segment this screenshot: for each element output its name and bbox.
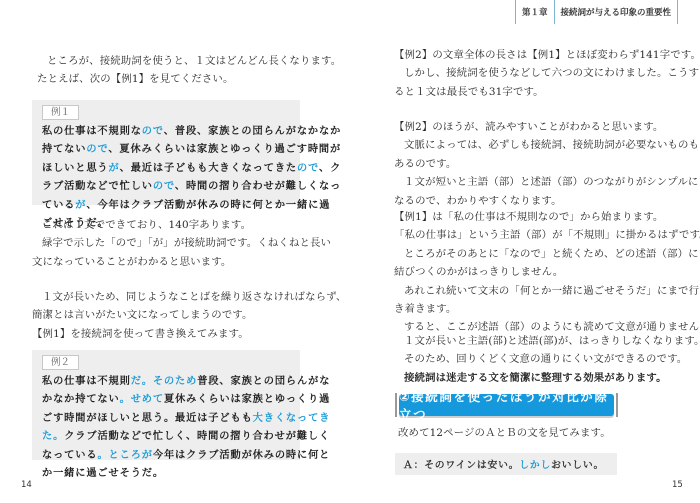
- text-line: 「私の仕事は」という主語（部）が「不規則」に掛かるはずです。: [394, 226, 700, 244]
- sample-a-box: Ａ：そのワインは安い。 しかし おいしい。: [395, 453, 617, 475]
- example-text: 私の仕事は不規則な: [42, 126, 142, 137]
- intro-paragraph: ところが、接続助詞を使うと、１文はどんどん長くなります。 たとえば、次の【例1】…: [37, 52, 341, 89]
- left-page: ところが、接続助詞を使うと、１文はどんどん長くなります。 たとえば、次の【例1】…: [0, 0, 350, 503]
- text-line: あるのです。: [394, 155, 699, 173]
- section-heading-banner: ②接続詞を使ったほうが対比が際立つ: [395, 393, 618, 417]
- text-line: 改めて12ページのＡとＢの文を見てみます。: [398, 424, 611, 442]
- body2-paragraph: １文が長いため、同じようなことばを繰り返さなければならず、 簡潔とは言いがたい文…: [32, 288, 346, 343]
- example-line: ているが、今年はクラブ活動が休みの時に何とか一緒に過: [42, 197, 290, 216]
- text-line: 【例2】の文章全体の長さは【例1】とほぼ変わらず141字です。: [394, 46, 700, 64]
- example-text: 今年はクラブ活動が休みの時に何と: [153, 450, 330, 461]
- chapter-label: 第１章: [515, 0, 554, 24]
- sample-a-connector: しかし: [519, 457, 551, 471]
- highlighted-connector: だ。そのため: [131, 376, 198, 387]
- example1-box: 例１ 私の仕事は不規則なので、普段、家族との団らんがなかなか持てないので、夏休み…: [32, 100, 300, 205]
- example2-text: 私の仕事は不規則だ。そのため普段、家族との団らんがなかなか持てない。せめて夏休み…: [42, 373, 290, 484]
- highlighted-connector: 。せめて: [120, 394, 164, 405]
- highlighted-connector: が: [109, 163, 120, 174]
- example-line: 私の仕事は不規則なので、普段、家族との団らんがなかなか: [42, 123, 290, 142]
- highlighted-connector: ので: [297, 163, 319, 174]
- example-text: ごす時間がほしいと思う。最近は子どもも: [42, 413, 253, 424]
- section-heading: ②接続詞を使ったほうが対比が際立つ: [399, 394, 614, 416]
- example-text: ラブ活動などで忙しい: [42, 181, 153, 192]
- highlighted-connector: ので: [142, 126, 164, 137]
- example-line: ラブ活動などで忙しいので、時間の摺り合わせが難しくなっ: [42, 178, 290, 197]
- text-line: １文が長いため、同じようなことばを繰り返さなければならず、: [32, 288, 346, 306]
- block4-paragraph: １文が長いと主語(部)と述語(部)が、はっきりしなくなります。 そのため、回りく…: [394, 332, 700, 387]
- highlighted-connector: 大きくなってき: [253, 413, 331, 424]
- example-line: なっている。ところが今年はクラブ活動が休みの時に何と: [42, 447, 290, 466]
- example-line: ごす時間がほしいと思う。最近は子どもも大きくなってき: [42, 410, 290, 429]
- example-line: ほしいと思うが、最近は子どもも大きくなってきたので、ク: [42, 160, 290, 179]
- block5-paragraph: 改めて12ページのＡとＢの文を見てみます。: [398, 424, 611, 442]
- example-text: 、ク: [319, 163, 341, 174]
- text-line: 簡潔とは言いがたい文になってしまうのです。: [32, 306, 346, 324]
- example-text: 、時間の摺り合わせが難しくなっ: [175, 181, 341, 192]
- example-text: ほしいと思う: [42, 163, 109, 174]
- block3-paragraph: 【例1】は「私の仕事は不規則なので」から始まります。 「私の仕事は」という主語（…: [394, 208, 700, 337]
- text-line: 接続詞は迷走する文を簡潔に整理する効果があります。: [394, 369, 700, 387]
- text-line: 【例1】を接続詞を使って書き換えてみます。: [32, 325, 346, 343]
- chapter-title: 接続詞が与える印象の重要性: [554, 0, 679, 24]
- example-text: か一緒に過ごせそうだ。: [42, 468, 164, 479]
- running-header: 第１章 接続詞が与える印象の重要性: [515, 0, 678, 24]
- example-line: た。クラブ活動などで忙しく、時間の摺り合わせが難しく: [42, 428, 290, 447]
- example1-label: 例１: [42, 105, 79, 120]
- example2-box: 例２ 私の仕事は不規則だ。そのため普段、家族との団らんがなかなか持てない。せめて…: [32, 350, 300, 460]
- example-text: 持てない: [42, 144, 86, 155]
- page-number-right: 15: [672, 480, 683, 490]
- example-line: かなか持てない。せめて夏休みくらいは家族とゆっくり過: [42, 391, 290, 410]
- example-text: 私の仕事は不規則: [42, 376, 131, 387]
- example2-label: 例２: [42, 355, 79, 370]
- text-line: き着きます。: [394, 300, 700, 318]
- text-line: そのため、回りくどく文意の通りにくい文ができるのです。: [394, 350, 700, 368]
- text-line: 結びつくのかがはっきりしません。: [394, 263, 700, 281]
- highlighted-connector: ので: [153, 181, 175, 192]
- highlighted-connector: が: [75, 200, 86, 211]
- text-line: 【例1】は「私の仕事は不規則なので」から始まります。: [394, 208, 700, 226]
- example-line: 持てないので、夏休みくらいは家族とゆっくり過ごす時間が: [42, 141, 290, 160]
- example-line: 私の仕事は不規則だ。そのため普段、家族との団らんがな: [42, 373, 290, 392]
- text-line: ところがそのあとに「なので」と続くため、どの述語（部）に: [394, 245, 700, 263]
- example-text: 、今年はクラブ活動が休みの時に何とか一緒に過: [86, 200, 330, 211]
- text-line: 【例2】のほうが、読みやすいことがわかると思います。: [394, 118, 699, 136]
- page-number-left: 14: [21, 480, 32, 490]
- example-text: 、最近は子どもも大きくなってきた: [120, 163, 297, 174]
- body1-paragraph: これは１文でできており、140字あります。 緑字で示した「ので」「が」が接続助詞…: [32, 216, 331, 271]
- example-text: 普段、家族との団らんがな: [197, 376, 330, 387]
- example-text: なっている: [42, 450, 97, 461]
- text-line: しかし、接続詞を使うなどして六つの文にわけました。こうす: [394, 64, 700, 82]
- text-line: たとえば、次の【例1】を見てください。: [37, 70, 341, 88]
- right-page: 第１章 接続詞が与える印象の重要性 【例2】の文章全体の長さは【例1】とほぼ変わ…: [350, 0, 700, 503]
- text-line: これは１文でできており、140字あります。: [32, 216, 331, 234]
- text-line: ると１文は最長でも31字です。: [394, 83, 700, 101]
- example-text: かなか持てない: [42, 394, 120, 405]
- example-line: か一緒に過ごせそうだ。: [42, 465, 290, 484]
- highlighted-connector: ので: [86, 144, 108, 155]
- example-text: 夏休みくらいは家族とゆっくり過: [164, 394, 330, 405]
- example-text: ている: [42, 200, 75, 211]
- text-line: 文になっていることがわかると思います。: [32, 253, 331, 271]
- sample-a-suffix: おいしい。: [551, 457, 604, 471]
- example-text: 、夏休みくらいは家族とゆっくり過ごす時間が: [108, 144, 341, 155]
- example-text: クラブ活動などで忙しく、時間の摺り合わせが難しく: [64, 431, 330, 442]
- text-line: ところが、接続助詞を使うと、１文はどんどん長くなります。: [37, 52, 341, 70]
- text-line: 緑字で示した「ので」「が」が接続助詞です。くねくねと長い: [32, 234, 331, 252]
- text-line: １文が長いと主語(部)と述語(部)が、はっきりしなくなります。: [394, 332, 700, 350]
- text-line: あれこれ続いて文末の「何とか一緒に過ごせそうだ」にまで行: [394, 282, 700, 300]
- sample-a-prefix: Ａ：そのワインは安い。: [403, 457, 519, 471]
- text-line: １文が短いと主語（部）と述語（部）のつながりがシンプルに: [394, 173, 699, 191]
- block2-paragraph: 【例2】のほうが、読みやすいことがわかると思います。 文脈によっては、必ずしも接…: [394, 118, 699, 210]
- block1-paragraph: 【例2】の文章全体の長さは【例1】とほぼ変わらず141字です。 しかし、接続詞を…: [394, 46, 700, 101]
- highlighted-connector: た。: [42, 431, 64, 442]
- text-line: 文脈によっては、必ずしも接続詞、接続助詞が必要ないものも: [394, 136, 699, 154]
- highlighted-connector: 。ところが: [97, 450, 152, 461]
- example-text: 、普段、家族との団らんがなかなか: [164, 126, 341, 137]
